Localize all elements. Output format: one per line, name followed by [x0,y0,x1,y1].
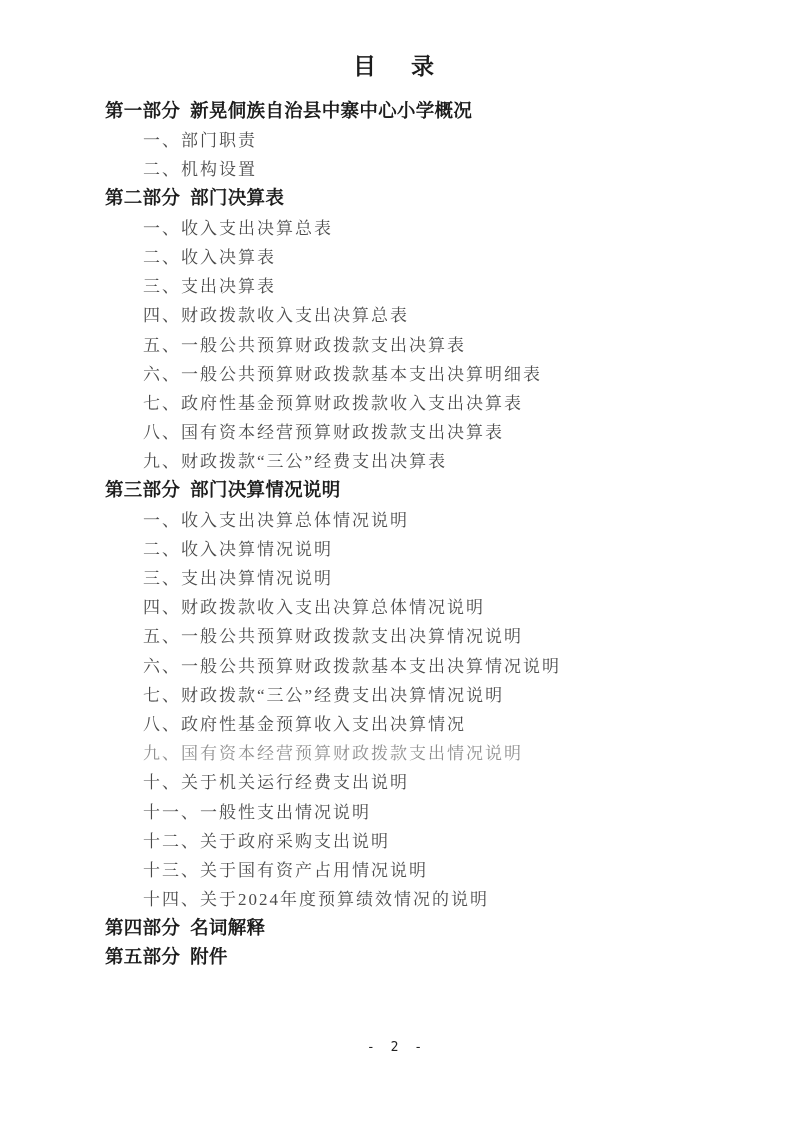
toc-item: 七、财政拨款“三公”经费支出决算情况说明 [105,679,745,708]
toc-item: 五、一般公共预算财政拨款支出决算情况说明 [105,620,745,649]
page-title: 目 录 [0,52,793,82]
toc-item: 六、一般公共预算财政拨款基本支出决算情况说明 [105,650,745,679]
toc-item: 七、政府性基金预算财政拨款收入支出决算表 [105,387,745,416]
toc-heading-part-3: 第三部分 部门决算情况说明 [105,474,745,503]
toc-item: 一、收入支出决算总体情况说明 [105,504,745,533]
toc-heading-part-1: 第一部分 新晃侗族自治县中寨中心小学概况 [105,95,745,124]
toc-item: 三、支出决算情况说明 [105,562,745,591]
toc-item: 十四、关于2024年度预算绩效情况的说明 [105,883,745,912]
toc-item: 十三、关于国有资产占用情况说明 [105,854,745,883]
toc-item: 二、机构设置 [105,153,745,182]
page-number: - 2 - [0,1040,793,1055]
toc-item: 九、国有资本经营预算财政拨款支出情况说明 [105,737,745,766]
table-of-contents: 第一部分 新晃侗族自治县中寨中心小学概况 一、部门职责 二、机构设置 第二部分 … [105,95,745,971]
toc-item: 二、收入决算情况说明 [105,533,745,562]
toc-item: 三、支出决算表 [105,270,745,299]
toc-heading-part-4: 第四部分 名词解释 [105,912,745,941]
toc-item: 九、财政拨款“三公”经费支出决算表 [105,445,745,474]
toc-item: 四、财政拨款收入支出决算总表 [105,299,745,328]
toc-item: 一、收入支出决算总表 [105,212,745,241]
toc-heading-part-5: 第五部分 附件 [105,941,745,970]
toc-item: 十、关于机关运行经费支出说明 [105,766,745,795]
document-page: 目 录 第一部分 新晃侗族自治县中寨中心小学概况 一、部门职责 二、机构设置 第… [0,0,793,1122]
toc-item: 一、部门职责 [105,124,745,153]
toc-item: 八、国有资本经营预算财政拨款支出决算表 [105,416,745,445]
toc-heading-part-2: 第二部分 部门决算表 [105,183,745,212]
toc-item: 六、一般公共预算财政拨款基本支出决算明细表 [105,358,745,387]
toc-item: 十一、一般性支出情况说明 [105,796,745,825]
toc-item: 二、收入决算表 [105,241,745,270]
toc-item: 五、一般公共预算财政拨款支出决算表 [105,329,745,358]
toc-item: 十二、关于政府采购支出说明 [105,825,745,854]
toc-item: 四、财政拨款收入支出决算总体情况说明 [105,591,745,620]
toc-item: 八、政府性基金预算收入支出决算情况 [105,708,745,737]
